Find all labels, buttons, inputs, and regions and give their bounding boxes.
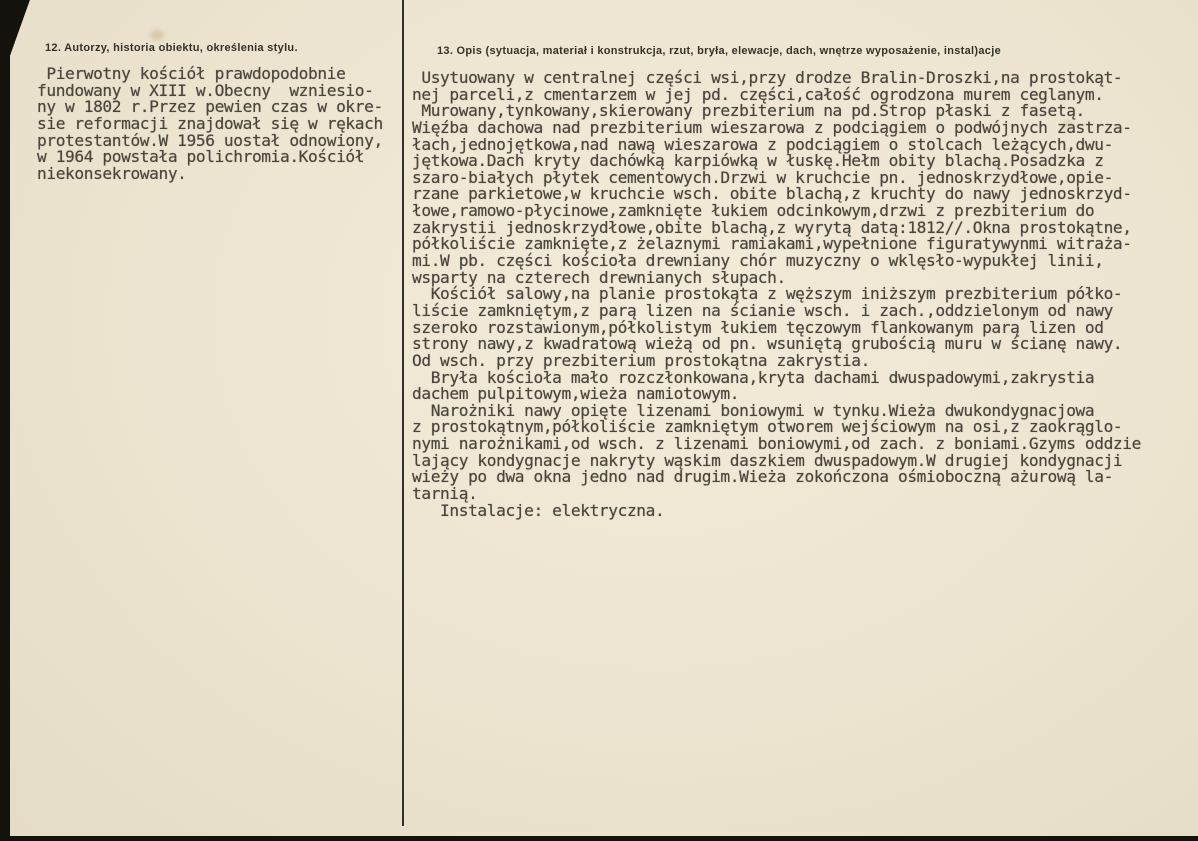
text-line: wieży po dwa okna jedno nad drugim.Wieża… bbox=[412, 469, 1194, 486]
paper-stain bbox=[150, 30, 164, 40]
text-line: Instalacje: elektryczna. bbox=[412, 503, 1194, 520]
column-divider-line bbox=[402, 0, 404, 826]
scan-background: 12. Autorzy, historia obiektu, określeni… bbox=[0, 0, 1198, 841]
section-13-header: 13. Opis (sytuacja, materiał i konstrukc… bbox=[437, 45, 1001, 57]
section-12-header: 12. Autorzy, historia obiektu, określeni… bbox=[45, 42, 298, 54]
text-line: niekonsekrowany. bbox=[37, 166, 403, 183]
document-page: 12. Autorzy, historia obiektu, określeni… bbox=[0, 0, 1198, 836]
section-12-text: Pierwotny kościół prawdopodobniefundowan… bbox=[37, 66, 403, 182]
section-13-text: Usytuowany w centralnej części wsi,przy … bbox=[412, 70, 1194, 519]
